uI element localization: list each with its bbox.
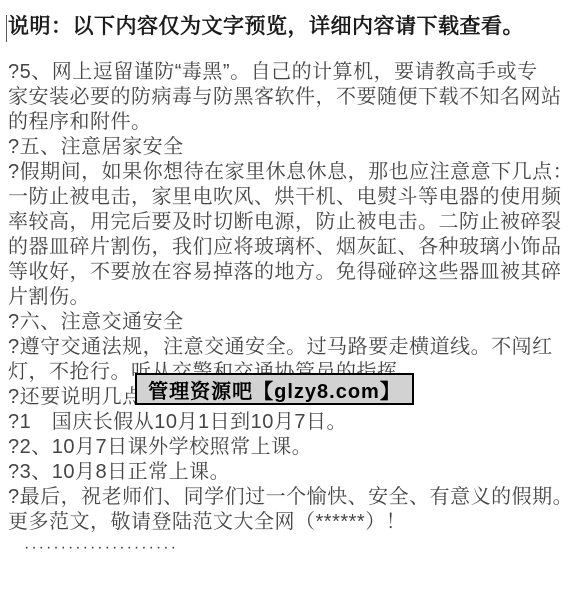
text-line: ?3、10月8日正常上课。 — [8, 460, 578, 485]
text-line: 片割伤。 — [8, 285, 578, 310]
watermark-label: 管理资源吧【glzy8.com】 — [148, 375, 401, 404]
text-line: 的器皿碎片割伤，我们应将玻璃杯、烟灰缸、各种玻璃小饰品 — [8, 235, 578, 260]
text-line: 家安装必要的防病毒与防黑客软件，不要随便下载不知名网站 — [8, 85, 578, 110]
text-line: ?1 国庆长假从10月1日到10月7日。 — [8, 410, 578, 435]
text-line: 率较高，用完后要及时切断电源，防止被电击。二防止被碎裂 — [8, 210, 578, 235]
trailing-dots: ····················· — [8, 535, 578, 560]
watermark-badge: 管理资源吧【glzy8.com】 — [135, 373, 414, 405]
section-heading-home-safety: ?五、注意居家安全 — [8, 135, 578, 160]
document-preview-page: 说明：以下内容仅为文字预览，详细内容请下载查看。 ?5、网上逗留谨防“毒黑”。自… — [0, 0, 578, 600]
text-line: ?最后，祝老师们、同学们过一个愉快、安全、有意义的假期。 — [8, 485, 578, 510]
text-line: 等收好，不要放在容易掉落的地方。免得碰碎这些器皿被其碎 — [8, 260, 578, 285]
text-line: 更多范文，敬请登陆范文大全网（******）！ — [8, 510, 578, 535]
text-cursor — [6, 15, 7, 42]
text-line: ?2、10月7日课外学校照常上课。 — [8, 435, 578, 460]
text-line: ?假期间，如果你想待在家里休息休息，那也应注意意下几点： — [8, 160, 578, 185]
section-heading-traffic-safety: ?六、注意交通安全 — [8, 310, 578, 335]
text-line: 的程序和附件。 — [8, 110, 578, 135]
text-line: ?5、网上逗留谨防“毒黑”。自己的计算机，要请教高手或专 — [8, 60, 578, 85]
text-line: 一防止被电击，家里电吹风、烘干机、电熨斗等电器的使用频 — [8, 185, 578, 210]
text-line: ?遵守交通法规，注意交通安全。过马路要走横道线。不闯红 — [8, 335, 578, 360]
preview-notice: 说明：以下内容仅为文字预览，详细内容请下载查看。 — [8, 12, 578, 42]
